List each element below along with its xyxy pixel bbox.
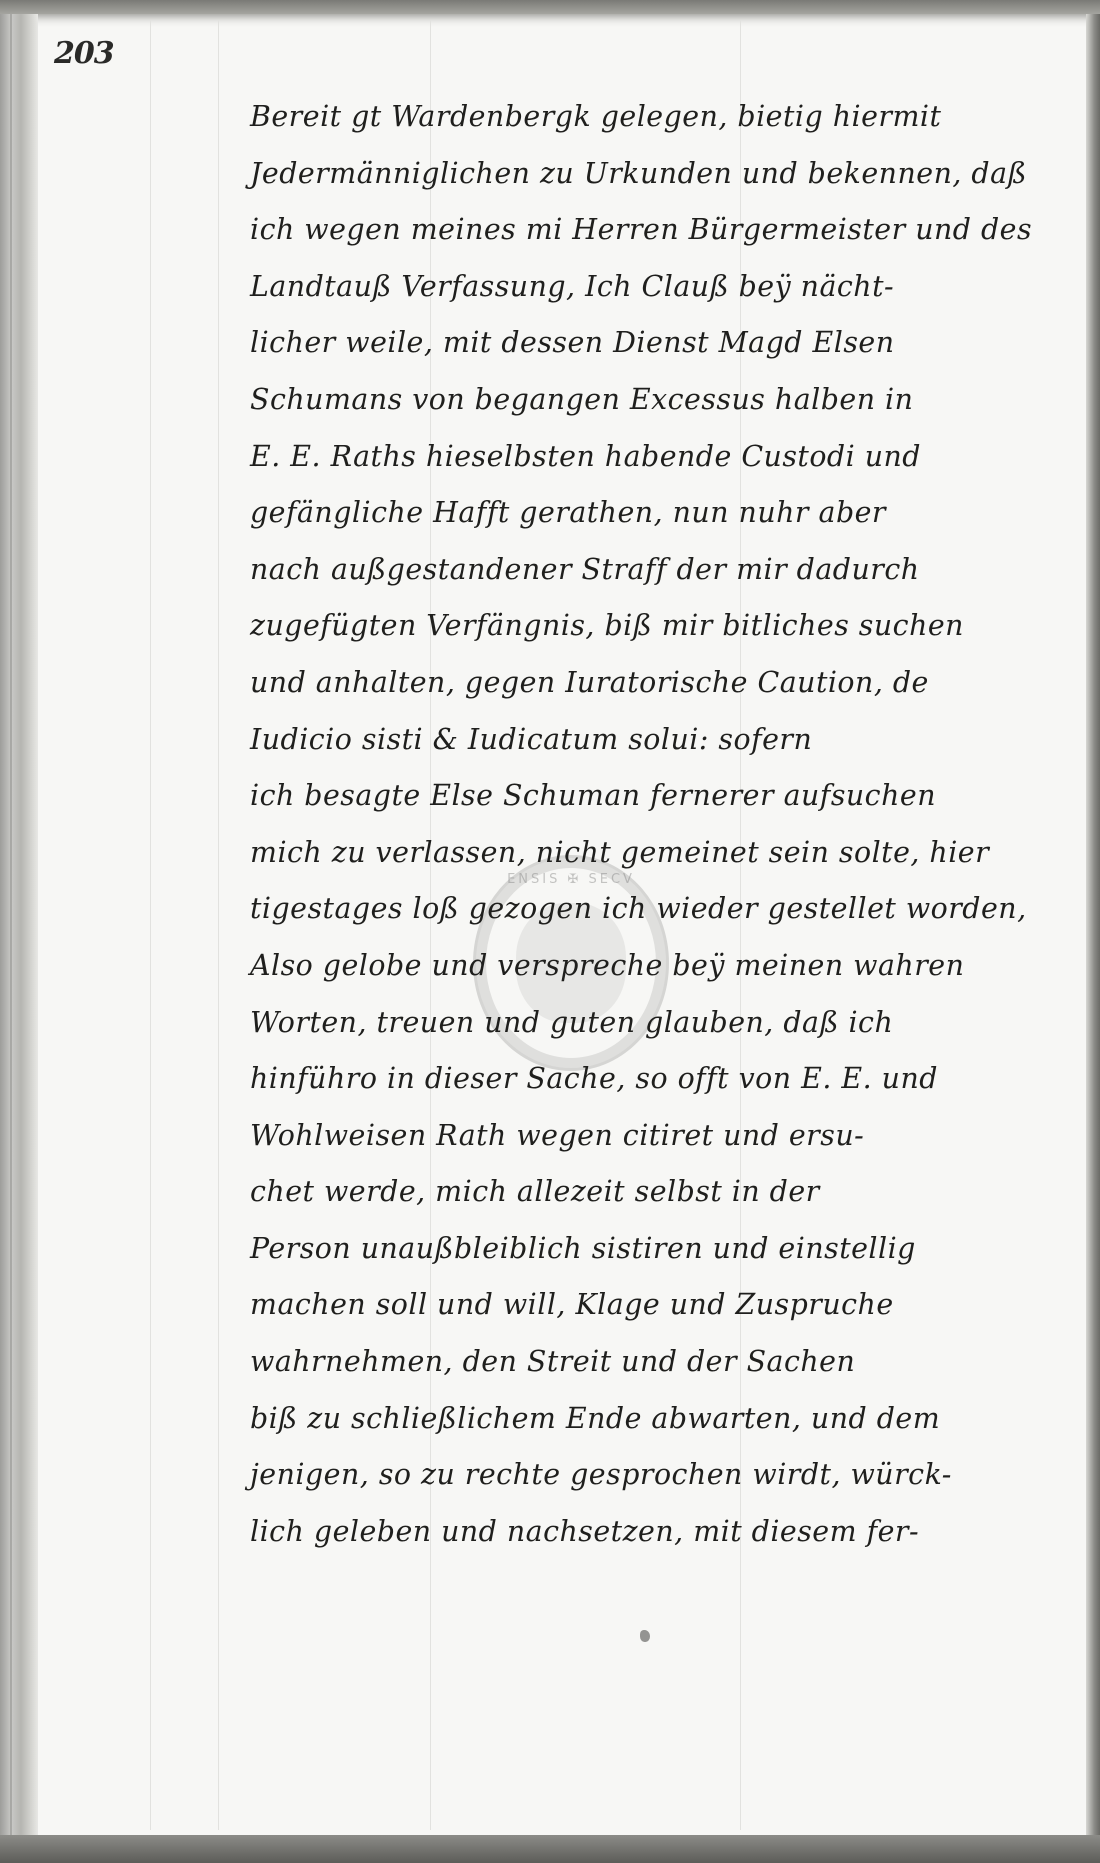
text-line: zugefügten Verfängnis, biß mir bitliches… (250, 597, 1054, 654)
text-line: biß zu schließlichem Ende abwarten, und … (250, 1390, 1054, 1447)
text-line: Also gelobe und verspreche beÿ meinen wa… (250, 937, 1054, 994)
text-line: chet werde, mich allezeit selbst in der (250, 1163, 1054, 1220)
text-line: und anhalten, gegen Iuratorische Caution… (250, 654, 1054, 711)
text-line: tigestages loß gezogen ich wieder gestel… (250, 880, 1054, 937)
text-line: machen soll und will, Klage und Zuspruch… (250, 1276, 1054, 1333)
text-line: Jedermänniglichen zu Urkunden und bekenn… (250, 145, 1054, 202)
text-line: Iudicio sisti & Iudicatum solui: sofern (250, 711, 1054, 768)
text-line: licher weile, mit dessen Dienst Magd Els… (250, 314, 1054, 371)
book-binding-gutter (0, 14, 38, 1840)
text-line: Worten, treuen und guten glauben, daß ic… (250, 994, 1054, 1051)
text-line: jenigen, so zu rechte gesprochen wirdt, … (250, 1446, 1054, 1503)
text-line: mich zu verlassen, nicht gemeinet sein s… (250, 824, 1054, 881)
text-line: gefängliche Hafft gerathen, nun nuhr abe… (250, 484, 1054, 541)
text-line: ich besagte Else Schuman fernerer aufsuc… (250, 767, 1054, 824)
text-line: Landtauß Verfassung, Ich Clauß beÿ nächt… (250, 258, 1054, 315)
text-line: Wohlweisen Rath wegen citiret und ersu- (250, 1107, 1054, 1164)
page-bottom-edge (0, 1835, 1100, 1863)
handwritten-text-block: Bereit gt Wardenbergk gelegen, bietig hi… (250, 88, 1070, 1559)
page-number: 203 (54, 36, 114, 71)
text-line: nach außgestandener Straff der mir dadur… (250, 541, 1054, 598)
text-line: hinführo in dieser Sache, so offt von E.… (250, 1050, 1054, 1107)
ruled-line (150, 20, 151, 1830)
ink-blot (640, 1630, 650, 1642)
text-line: wahrnehmen, den Streit und der Sachen (250, 1333, 1054, 1390)
text-line: Bereit gt Wardenbergk gelegen, bietig hi… (250, 88, 1054, 145)
text-line: Schumans von begangen Excessus halben in (250, 371, 1054, 428)
text-line: lich geleben und nachsetzen, mit diesem … (250, 1503, 1054, 1560)
text-line: Person unaußbleiblich sistiren und einst… (250, 1220, 1054, 1277)
text-line: ich wegen meines mi Herren Bürgermeister… (250, 201, 1054, 258)
page-right-edge (1086, 14, 1100, 1840)
ruled-line (218, 20, 219, 1830)
text-line: E. E. Raths hieselbsten habende Custodi … (250, 428, 1054, 485)
